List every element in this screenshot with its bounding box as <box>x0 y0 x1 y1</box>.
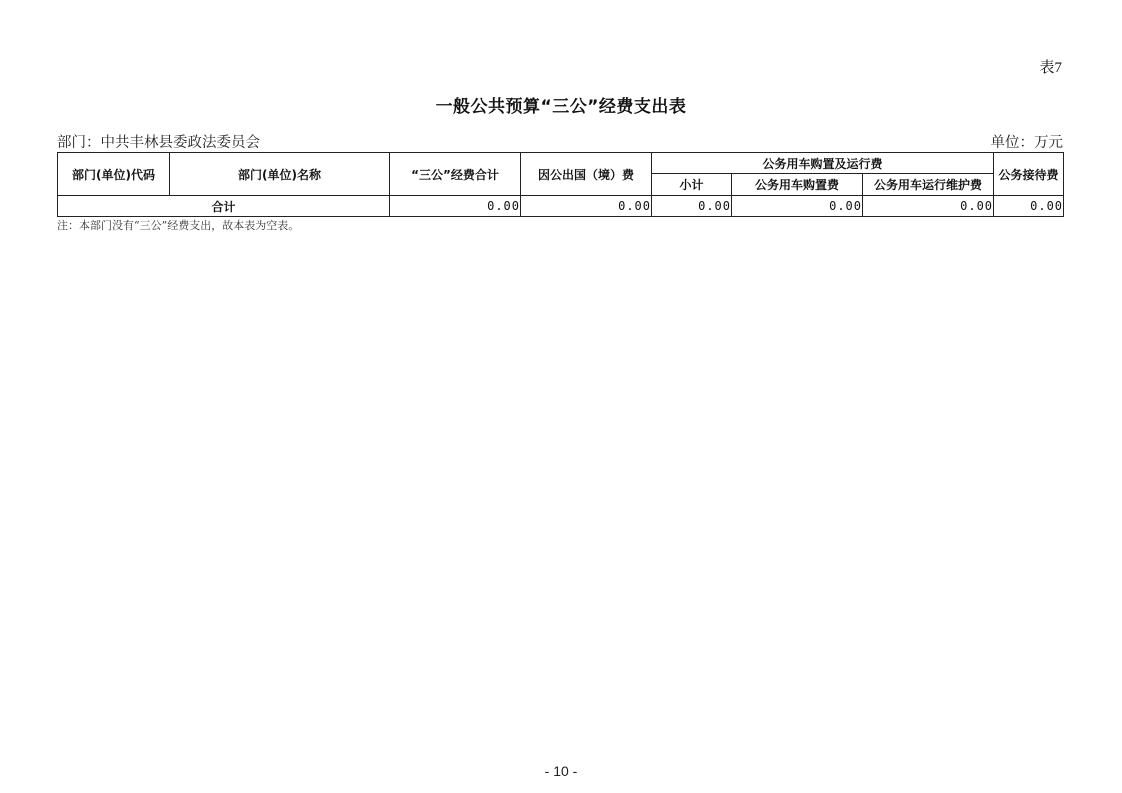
header-dept-code: 部门(单位)代码 <box>58 153 170 196</box>
cell-sangong-total: 0.00 <box>390 196 521 217</box>
cell-vehicle-purchase: 0.00 <box>732 196 863 217</box>
page-title: 一般公共预算“三公”经费支出表 <box>0 92 1122 117</box>
table-note: 注：本部门没有“三公”经费支出，故本表为空表。 <box>57 217 299 233</box>
page-number: - 10 - <box>0 763 1122 779</box>
cell-reception: 0.00 <box>994 196 1064 217</box>
department-label: 部门：中共丰林县委政法委员会 <box>57 131 260 152</box>
header-vehicle-subtotal: 小计 <box>652 174 732 196</box>
table-row-total: 合计 0.00 0.00 0.00 0.00 0.00 0.00 <box>58 196 1064 217</box>
header-sangong-total: “三公”经费合计 <box>390 153 521 196</box>
header-row-top: 部门(单位)代码 部门(单位)名称 “三公”经费合计 因公出国（境）费 公务用车… <box>58 153 1064 174</box>
header-overseas: 因公出国（境）费 <box>521 153 652 196</box>
sangong-expense-table: 部门(单位)代码 部门(单位)名称 “三公”经费合计 因公出国（境）费 公务用车… <box>57 152 1064 217</box>
header-reception: 公务接待费 <box>994 153 1064 196</box>
header-vehicle-group: 公务用车购置及运行费 <box>652 153 994 174</box>
total-label: 合计 <box>58 196 390 217</box>
header-vehicle-operation: 公务用车运行维护费 <box>863 174 994 196</box>
cell-vehicle-subtotal: 0.00 <box>652 196 732 217</box>
cell-vehicle-operation: 0.00 <box>863 196 994 217</box>
unit-label: 单位：万元 <box>991 131 1064 152</box>
header-vehicle-purchase: 公务用车购置费 <box>732 174 863 196</box>
cell-overseas: 0.00 <box>521 196 652 217</box>
table-number: 表7 <box>1039 56 1062 77</box>
header-dept-name: 部门(单位)名称 <box>170 153 390 196</box>
